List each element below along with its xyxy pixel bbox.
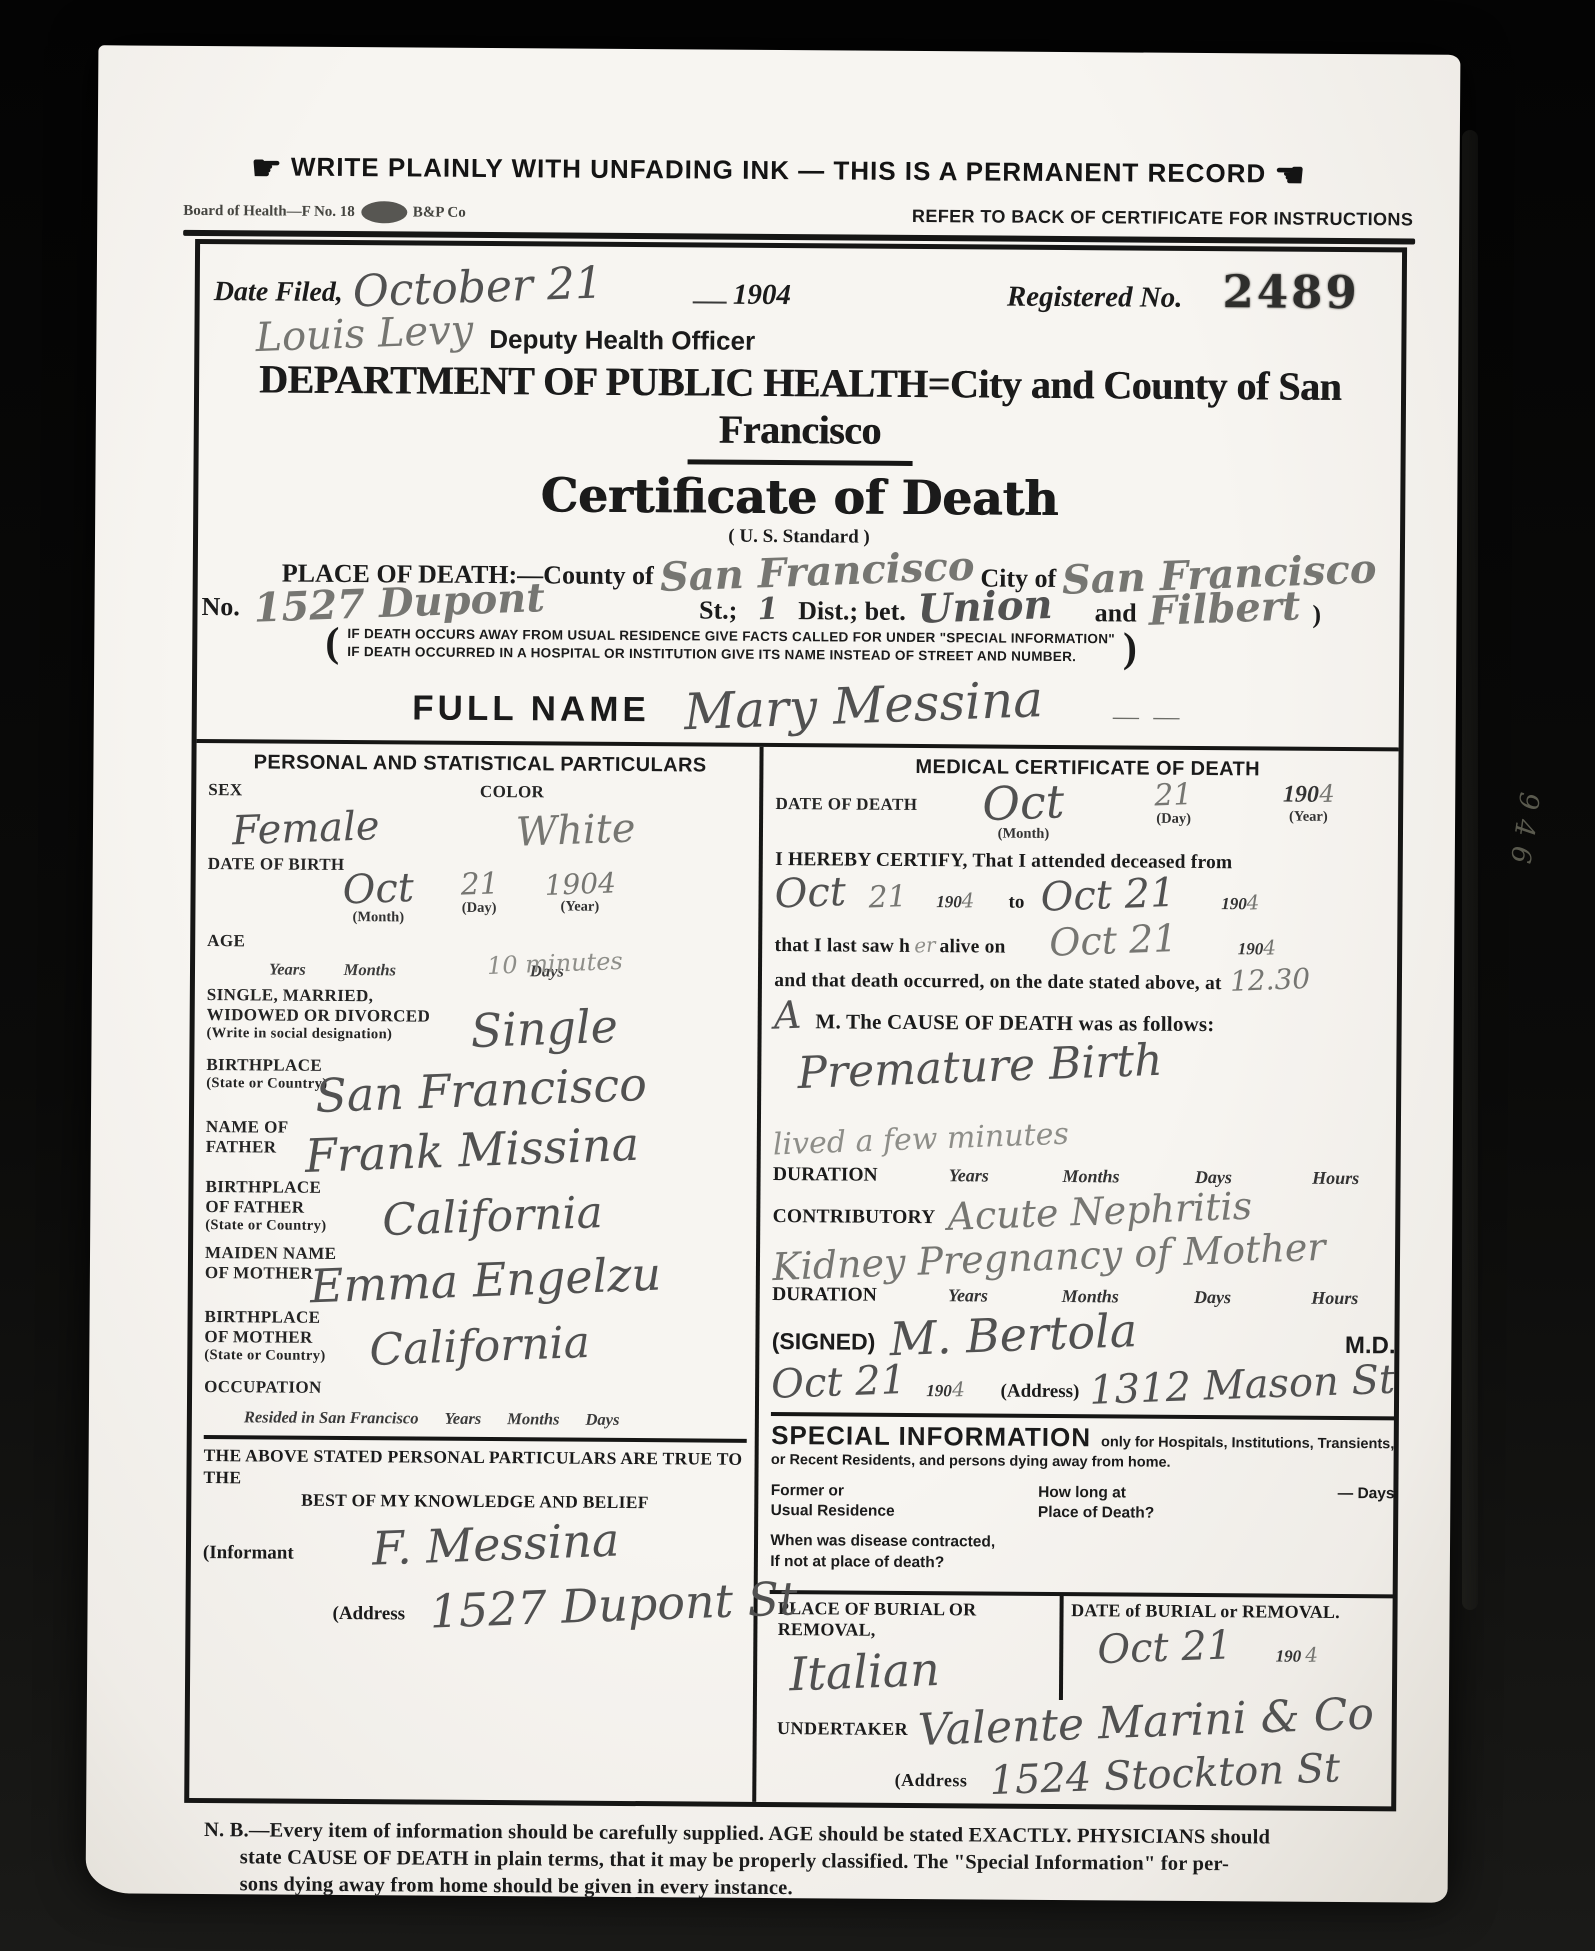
date-of-burial-value: Oct 21 (1096, 1625, 1232, 1670)
am-value: A (773, 996, 802, 1035)
burial-top-row: PLACE OF BURIAL OR REMOVAL, Italian DATE… (769, 1594, 1394, 1702)
banner-text: WRITE PLAINLY WITH UNFADING INK — THIS I… (291, 152, 1267, 189)
last-saw-year: 190 (1238, 939, 1264, 959)
duration2-hours: Hours (1274, 1288, 1396, 1310)
attestation-line-1: THE ABOVE STATED PERSONAL PARTICULARS AR… (203, 1445, 747, 1493)
last-saw-row: that I last saw h er alive on Oct 21 190… (774, 919, 1398, 961)
health-officer-row: Louis Levy Deputy Health Officer (255, 313, 1401, 361)
attestation-line-2: BEST OF MY KNOWLEDGE AND BELIEF (203, 1489, 746, 1515)
special-heading-row: SPECIAL INFORMATION only for Hospitals, … (771, 1420, 1395, 1455)
attended-from-month: Oct (774, 872, 847, 915)
mother-name-field: MAIDEN NAME OF MOTHER Emma Engelzu (205, 1243, 749, 1305)
am-cause-row: A M. The CAUSE OF DEATH was as follows: (774, 996, 1398, 1038)
st-label: St.; (699, 595, 737, 625)
date-filed-value: October 21 (352, 261, 604, 314)
duration1-months: Months (1030, 1166, 1152, 1188)
occupation-label: OCCUPATION (204, 1377, 747, 1401)
medical-certificate-section: MEDICAL CERTIFICATE OF DEATH DATE OF DEA… (757, 747, 1412, 1806)
footnote: N. B.—Every item of information should b… (204, 1817, 1389, 1903)
special-grid: Former or Usual Residence How long at Pl… (771, 1481, 1395, 1526)
duration-row-1: DURATION Years Months Days Hours (773, 1164, 1397, 1190)
contracted-label-2: If not at place of death? (770, 1553, 944, 1571)
dod-year-handwritten: 4 (1318, 782, 1334, 807)
signed-address-value: 1312 Mason St (1089, 1360, 1396, 1411)
father-birthplace-field: BIRTHPLACE OF FATHER (State or Country) … (205, 1177, 749, 1241)
dod-year-item: 1904 (Year) (1283, 782, 1335, 845)
father-label-1: NAME OF (206, 1117, 289, 1138)
dod-day: 21 (1154, 780, 1193, 811)
last-saw-year-hw: 4 (1263, 937, 1276, 957)
undertaker-row: UNDERTAKER Valente Marini & Co (769, 1698, 1393, 1746)
dob-day-item: 21 (Day) (460, 870, 499, 927)
personal-particulars-section: PERSONAL AND STATISTICAL PARTICULARS SEX… (189, 743, 764, 1802)
full-name-label: FULL NAME (412, 688, 650, 730)
full-name-dashes: — — (1113, 701, 1184, 731)
dod-month-item: Oct (Month) (982, 779, 1064, 843)
marital-field: SINGLE, MARRIED, WIDOWED OR DIVORCED (Wr… (206, 985, 750, 1053)
filing-row: Date Filed, October 21 1904 Registered N… (200, 244, 1402, 319)
pointing-right-icon: ☛ (251, 149, 283, 187)
howlong-label-1: How long at (1038, 1484, 1126, 1502)
department-title: DEPARTMENT OF PUBLIC HEALTH=City and Cou… (199, 355, 1402, 457)
resided-days: Days (585, 1410, 619, 1430)
mother-bp-labels: BIRTHPLACE OF MOTHER (State or Country) (204, 1307, 326, 1365)
medical-heading: MEDICAL CERTIFICATE OF DEATH (776, 755, 1400, 782)
signed-address-label: (Address) (1000, 1381, 1079, 1404)
last-saw-date: Oct 21 (1049, 919, 1178, 962)
date-of-burial-label: DATE of BURIAL or REMOVAL. (1071, 1600, 1340, 1622)
father-labels: NAME OF FATHER (206, 1117, 289, 1158)
attended-dates-row: Oct 21 190 4 to Oct 21 190 4 (775, 873, 1399, 917)
officer-signature: Louis Levy (255, 310, 474, 358)
father-value: Frank Missina (304, 1121, 640, 1179)
disease-contracted-label: When was disease contracted, If not at p… (770, 1531, 1394, 1584)
attended-from-year-hw: 4 (961, 890, 974, 910)
age-field: AGE Years Months 10 minutes Days (207, 931, 751, 983)
cause-note-row: lived a few minutes (773, 1124, 1397, 1158)
marital-label-2: WIDOWED OR DIVORCED (207, 1005, 431, 1027)
contributory-value-2: Kidney Pregnancy of Mother (772, 1228, 1327, 1286)
age-years-label: Years (269, 960, 306, 980)
full-name-row: FULL NAME Mary Messina — — (197, 676, 1399, 735)
burial-section: PLACE OF BURIAL OR REMOVAL, Italian DATE… (769, 1590, 1394, 1796)
residence-note-lines: IF DEATH OCCURS AWAY FROM USUAL RESIDENC… (347, 625, 1115, 667)
birthplace-field: BIRTHPLACE (State or Country) San Franci… (206, 1055, 750, 1115)
alive-on-label: alive on (939, 936, 1005, 958)
color-label: COLOR (480, 782, 752, 804)
cause-note: lived a few minutes (773, 1120, 1070, 1161)
birthplace-labels: BIRTHPLACE (State or Country) (206, 1055, 328, 1093)
attended-from-year: 190 (936, 892, 962, 912)
death-time: 12.30 (1229, 965, 1310, 996)
special-information-section: SPECIAL INFORMATION only for Hospitals, … (770, 1412, 1395, 1584)
resided-months: Months (507, 1409, 559, 1429)
residence-note-line2: IF DEATH OCCURRED IN A HOSPITAL OR INSTI… (347, 644, 1076, 664)
mother-bp-label-3: (State or Country) (204, 1347, 325, 1365)
cause-of-death-label: M. The CAUSE OF DEATH was as follows: (815, 1009, 1214, 1037)
fill-line (693, 287, 727, 303)
officer-title: Deputy Health Officer (489, 324, 755, 357)
attestation-block: THE ABOVE STATED PERSONAL PARTICULARS AR… (202, 1435, 747, 1628)
undertaker-label: UNDERTAKER (777, 1718, 908, 1740)
certify-line: I HEREBY CERTIFY, That I attended deceas… (775, 849, 1399, 875)
between-street-1: Union (917, 585, 1053, 630)
full-name-value: Mary Messina (683, 674, 1044, 737)
marital-label-1: SINGLE, MARRIED, (207, 985, 431, 1007)
contributory-row-2: Kidney Pregnancy of Mother (772, 1236, 1396, 1278)
father-bp-labels: BIRTHPLACE OF FATHER (State or Country) (205, 1177, 327, 1235)
days-label: — Days (1338, 1485, 1395, 1503)
dist-label: Dist.; bet. (798, 596, 906, 627)
informant-value: F. Messina (371, 1516, 620, 1571)
father-label-2: FATHER (206, 1137, 289, 1158)
informant-row: (Informant F. Messina (203, 1519, 747, 1569)
former-residence-label: Former or Usual Residence (771, 1481, 895, 1522)
form-meta-row: Board of Health—F No. 18 B&P Co REFER TO… (183, 200, 1413, 231)
attended-to-date: Oct 21 (1040, 873, 1176, 918)
personal-heading: PERSONAL AND STATISTICAL PARTICULARS (208, 751, 751, 778)
duration1-years: Years (908, 1165, 1030, 1187)
informant-address-row: (Address 1527 Dupont St (332, 1580, 746, 1629)
birthplace-label-1: BIRTHPLACE (206, 1055, 327, 1076)
cause-value: Premature Birth (797, 1039, 1164, 1096)
undertaker-address-value: 1524 Stockton St (989, 1748, 1341, 1801)
contracted-label-1: When was disease contracted, (770, 1532, 995, 1551)
last-saw-label: that I last saw h (774, 935, 910, 958)
sex-label: SEX (208, 780, 480, 802)
resided-line: Resided in San Francisco Years Months Da… (244, 1408, 747, 1432)
sex-value: Female (231, 806, 380, 851)
scan-background: 946 ☛ WRITE PLAINLY WITH UNFADING INK — … (0, 0, 1595, 1951)
dob-year: 1904 (544, 869, 616, 900)
form-id-right: B&P Co (413, 204, 466, 221)
marital-label-3: (Write in social designation) (207, 1025, 431, 1044)
certificate-title: Certificate of Death (198, 466, 1400, 529)
marital-labels: SINGLE, MARRIED, WIDOWED OR DIVORCED (Wr… (207, 985, 431, 1044)
filing-year: 1904 (733, 279, 791, 312)
cause-row: Premature Birth (798, 1044, 1398, 1092)
color-field: COLOR White (480, 782, 752, 852)
margin-handwriting: 946 (1502, 790, 1544, 875)
father-bp-label-2: OF FATHER (205, 1197, 326, 1218)
undertaker-value: Valente Marini & Co (918, 1692, 1376, 1753)
date-of-burial-cell: DATE of BURIAL or REMOVAL. Oct 21 190 4 (1062, 1596, 1393, 1702)
death-occurred-label: and that death occurred, on the date sta… (774, 970, 1222, 995)
date-of-death-field: DATE OF DEATH Oct (Month) 21 (Day) (775, 784, 1399, 845)
duration-label-1: DURATION (773, 1164, 878, 1187)
occupation-field: OCCUPATION (204, 1377, 747, 1401)
signed-row: (SIGNED) M. Bertola M.D. (772, 1310, 1396, 1360)
birthplace-label-2: (State or Country) (206, 1075, 327, 1093)
day-caption: (Day) (460, 900, 498, 917)
duration2-years: Years (907, 1285, 1029, 1307)
mother-value: Emma Engelzu (310, 1251, 663, 1310)
marital-value: Single (469, 1003, 618, 1054)
informant-label: (Informant (203, 1542, 294, 1565)
registered-label: Registered No. (1007, 281, 1183, 315)
dod-year-caption: (Year) (1283, 809, 1334, 826)
sex-field: SEX Female (208, 780, 480, 850)
burial-year-hw: 4 (1305, 1644, 1318, 1664)
howlong-label-2: Place of Death? (1038, 1504, 1154, 1522)
undertaker-address-label: (Address (895, 1770, 968, 1792)
close-paren: ) (1312, 600, 1321, 630)
special-note-2: or Recent Residents, and persons dying a… (771, 1451, 1395, 1473)
pointing-left-icon: ☚ (1274, 156, 1306, 194)
last-saw-fill: er (914, 935, 936, 956)
mother-bp-label-2: OF MOTHER (204, 1327, 325, 1348)
age-label: AGE (207, 931, 750, 955)
death-certificate-page: ☛ WRITE PLAINLY WITH UNFADING INK — THIS… (86, 45, 1461, 1902)
place-of-burial-cell: PLACE OF BURIAL OR REMOVAL, Italian (769, 1594, 1063, 1700)
color-value: White (515, 808, 636, 852)
stamp-mark (361, 201, 407, 223)
form-id-left: Board of Health—F No. 18 (183, 202, 355, 220)
signed-label: (SIGNED) (772, 1328, 876, 1356)
dod-year: 1904 (1283, 789, 1334, 806)
between-street-2: Filbert (1148, 586, 1301, 632)
mother-birthplace-field: BIRTHPLACE OF MOTHER (State or Country) … (204, 1307, 748, 1371)
dod-month: Oct (982, 778, 1066, 827)
place-of-burial-label: PLACE OF BURIAL OR REMOVAL, (778, 1598, 977, 1640)
father-bp-label-3: (State or Country) (205, 1217, 326, 1235)
dod-year-printed: 190 (1283, 782, 1319, 808)
registered-number: 2489 (1222, 265, 1360, 319)
former-label-1: Former or (771, 1482, 844, 1500)
dod-values: Oct (Month) 21 (Day) 1904 (Year) (917, 779, 1399, 845)
dod-day-item: 21 (Day) (1154, 781, 1193, 844)
mother-birthplace-value: California (369, 1321, 591, 1373)
informant-address-value: 1527 Dupont St (428, 1575, 798, 1634)
undertaker-address-row: (Address 1524 Stockton St (887, 1753, 1393, 1797)
date-of-birth-field: DATE OF BIRTH Oct (Month) 21 (Day) (207, 854, 751, 929)
dob-day: 21 (460, 869, 499, 900)
signed-year: 190 (926, 1381, 952, 1401)
age-months-label: Months (344, 960, 396, 980)
age-line: Years Months 10 minutes Days (269, 960, 750, 983)
former-label-2: Usual Residence (771, 1502, 895, 1520)
physician-signature: M. Bertola (889, 1307, 1138, 1362)
form-id: Board of Health—F No. 18 B&P Co (183, 200, 466, 224)
how-long-label: How long at Place of Death? (1038, 1483, 1155, 1524)
dob-month: Oct (342, 868, 415, 911)
attended-to-year-hw: 4 (1246, 892, 1259, 912)
signed-date: Oct 21 (771, 1360, 907, 1405)
birthplace-value: San Francisco (315, 1061, 648, 1119)
dob-month-item: Oct (Month) (343, 869, 415, 926)
title-rule (687, 459, 912, 466)
special-note-1: only for Hospitals, Institutions, Transi… (1101, 1433, 1394, 1453)
resided-label: Resided in San Francisco (244, 1408, 419, 1429)
signed-date-row: Oct 21 190 4 (Address) 1312 Mason St (771, 1362, 1395, 1406)
close-paren-2: ) (1123, 624, 1137, 672)
informant-address-label: (Address (332, 1603, 405, 1626)
signed-year-hw: 4 (951, 1379, 964, 1399)
attended-to-year: 190 (1221, 894, 1247, 914)
duration1-hours: Hours (1274, 1168, 1396, 1190)
refer-note: REFER TO BACK OF CERTIFICATE FOR INSTRUC… (912, 206, 1413, 230)
age-value: 10 minutes (487, 949, 623, 978)
certificate-border-box: Date Filed, October 21 1904 Registered N… (184, 239, 1407, 1811)
certificate-columns: PERSONAL AND STATISTICAL PARTICULARS SEX… (189, 739, 1398, 1806)
resided-years: Years (444, 1409, 481, 1429)
contributory-label: CONTRIBUTORY (773, 1206, 936, 1229)
no-label: No. (201, 592, 239, 622)
father-birthplace-value: California (382, 1191, 604, 1243)
to-label: to (1008, 892, 1024, 914)
death-occurred-row: and that death occurred, on the date sta… (774, 963, 1398, 996)
attended-from-day: 21 (868, 882, 907, 913)
burial-year: 190 (1276, 1646, 1302, 1665)
house-number: 1527 Dupont (253, 578, 546, 629)
dod-label: DATE OF DEATH (775, 794, 917, 815)
dob-values: Oct (Month) 21 (Day) 1904 (Year) (207, 868, 751, 929)
father-name-field: NAME OF FATHER Frank Missina (206, 1117, 750, 1175)
write-plainly-banner: ☛ WRITE PLAINLY WITH UNFADING INK — THIS… (97, 45, 1460, 197)
dob-year-item: 1904 (Year) (544, 870, 616, 927)
special-heading: SPECIAL INFORMATION (771, 1420, 1091, 1453)
adjacent-page-edge (1462, 130, 1478, 1610)
date-filed-label: Date Filed, (214, 276, 343, 309)
mother-bp-label-1: BIRTHPLACE (205, 1307, 326, 1328)
sex-color-row: SEX Female COLOR White (208, 780, 752, 852)
district-number: 1 (757, 595, 779, 626)
duration2-days: Days (1151, 1287, 1273, 1309)
place-of-burial-value: Italian (789, 1646, 941, 1697)
